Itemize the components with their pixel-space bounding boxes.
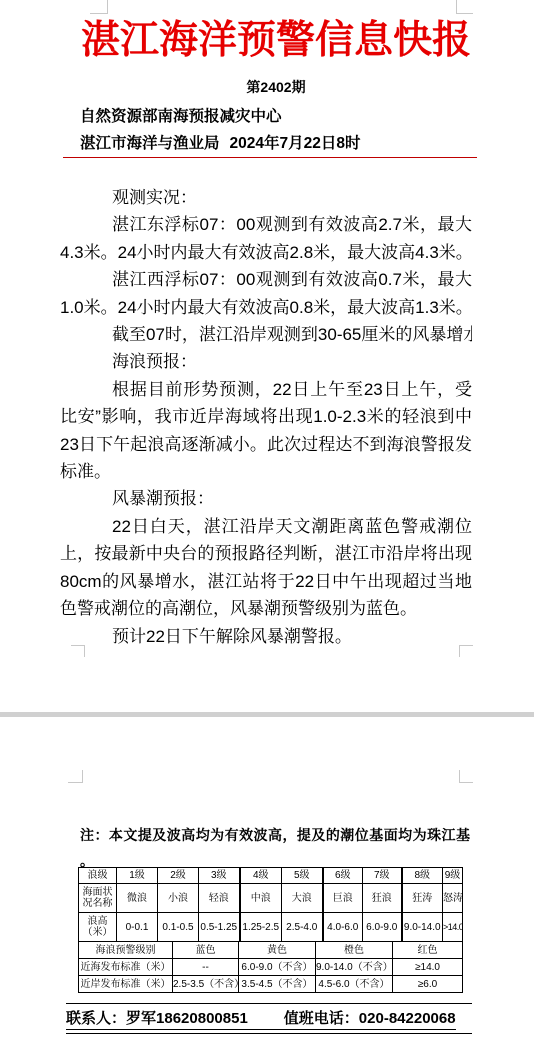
table-cell: 6级: [323, 868, 363, 884]
page2-top-right-margin-mark: [459, 770, 473, 783]
warning-level-blue: 蓝色: [173, 942, 239, 959]
page-separator: [0, 712, 534, 717]
page1-bottom-left-margin-mark: [71, 645, 85, 657]
table-cell: 4级: [240, 868, 282, 884]
contact-label: 联系人：: [66, 1010, 126, 1027]
table-cell: ≥6.0: [393, 976, 463, 993]
table-cell: 7级: [363, 868, 402, 884]
table-cell: 2.5-4.0: [282, 913, 323, 942]
table-cell: 中浪: [240, 884, 282, 913]
warning-level-yellow: 黄色: [239, 942, 316, 959]
table-cell: 9级: [443, 868, 463, 884]
wave-scale-table: 浪级 1级 2级 3级 4级 5级 6级 7级 8级 9级 海面状 况名称 微浪…: [78, 867, 463, 942]
body-line: 23日下午起浪高逐渐减小。此次过程达不到海浪警报发布: [60, 431, 472, 458]
body-line: 色警戒潮位的高潮位，风暴潮预警级别为蓝色。: [60, 595, 472, 622]
section-heading-wave-forecast: 海浪预报：: [60, 348, 472, 375]
body-line: 80cm的风暴增水，湛江站将于22日中午出现超过当地蓝: [60, 568, 472, 595]
row-label: 近岸发布标准（米）: [79, 976, 173, 993]
wave-tables: 浪级 1级 2级 3级 4级 5级 6级 7级 8级 9级 海面状 况名称 微浪…: [78, 867, 462, 993]
duty-phone-value: 020-84220068: [359, 1010, 456, 1027]
body-line: 截至07时，湛江沿岸观测到30-65厘米的风暴增水。: [60, 321, 472, 348]
table-cell: 狂浪: [363, 884, 402, 913]
body-line: 比安”影响，我市近岸海域将出现1.0-2.3米的轻浪到中浪，: [60, 403, 472, 430]
table-cell: 巨浪: [323, 884, 363, 913]
issue-number: 第2402期: [80, 77, 472, 97]
table-cell: 6.0-9.0: [363, 913, 402, 942]
issuing-org-name: 湛江市海洋与渔业局: [80, 135, 220, 152]
warning-level-orange: 橙色: [316, 942, 393, 959]
wave-warning-table: 海浪预警级别 蓝色 黄色 橙色 红色 近海发布标准（米） -- 6.0-9.0（…: [78, 941, 463, 993]
bulletin-title: 湛江海洋预警信息快报: [80, 15, 472, 67]
issuing-org-line2: 湛江市海洋与渔业局2024年7月22日8时: [80, 131, 360, 153]
table-cell: 3.5-4.5（不含）: [239, 976, 316, 993]
document-page: 湛江海洋预警信息快报 第2402期 自然资源部南海预报减灾中心 湛江市海洋与渔业…: [0, 0, 534, 1041]
table-cell: 9.0-14.0: [402, 913, 443, 942]
duty-phone-label: 值班电话：: [284, 1010, 359, 1027]
table-cell: ≥14.0: [393, 959, 463, 976]
table-cell: 4.0-6.0: [323, 913, 363, 942]
table-cell: 8级: [402, 868, 443, 884]
table-cell: 2.5-3.5（不含）: [173, 976, 239, 993]
table-row: 海面状 况名称 微浪 小浪 轻浪 中浪 大浪 巨浪 狂浪 狂涛 怒涛: [79, 884, 463, 913]
body-line: 湛江东浮标07：00观测到有效波高2.7米，最大波高: [60, 211, 472, 238]
table-cell: 微浪: [117, 884, 158, 913]
table-cell: 1.25-2.5: [240, 913, 282, 942]
body-line: 湛江西浮标07：00观测到有效波高0.7米，最大波高: [60, 266, 472, 293]
body-line: 22日白天，湛江沿岸天文潮距离蓝色警戒潮位35cm以: [60, 513, 472, 540]
table-row: 近岸发布标准（米） 2.5-3.5（不含） 3.5-4.5（不含） 4.5-6.…: [79, 976, 463, 993]
bulletin-body: 观测实况： 湛江东浮标07：00观测到有效波高2.7米，最大波高 4.3米。24…: [60, 184, 472, 650]
section-heading-observation: 观测实况：: [60, 184, 472, 211]
page1-top-right-margin-mark: [456, 0, 473, 14]
row-label: 海浪预警级别: [79, 942, 173, 959]
row-label: 浪级: [79, 868, 117, 884]
table-cell: 0.1-0.5: [158, 913, 199, 942]
table-cell: 1级: [117, 868, 158, 884]
body-line: 4.3米。24小时内最大有效波高2.8米，最大波高4.3米。: [60, 239, 472, 266]
table-row: 浪级 1级 2级 3级 4级 5级 6级 7级 8级 9级: [79, 868, 463, 884]
table-cell: 0-0.1: [117, 913, 158, 942]
table-cell: 狂涛: [402, 884, 443, 913]
table-row: 海浪预警级别 蓝色 黄色 橙色 红色: [79, 942, 463, 959]
table-cell: 5级: [282, 868, 323, 884]
table-cell: 3级: [199, 868, 240, 884]
table-cell: 4.5-6.0（不含）: [316, 976, 393, 993]
table-cell: 轻浪: [199, 884, 240, 913]
table-row: 浪高 （米） 0-0.1 0.1-0.5 0.5-1.25 1.25-2.5 2…: [79, 913, 463, 942]
row-label: 海面状 况名称: [79, 884, 117, 913]
contact-bar: 联系人：罗军18620800851 值班电话：020-84220068: [66, 1003, 472, 1034]
body-line: 预计22日下午解除风暴潮警报。: [60, 623, 472, 650]
body-line: 根据目前形势预测，22日上午至23日上午，受台风“派: [60, 376, 472, 403]
warning-level-red: 红色: [393, 942, 463, 959]
body-line: 标准。: [60, 458, 472, 485]
table-cell: 0.5-1.25: [199, 913, 240, 942]
page1-top-left-margin-mark: [90, 0, 108, 14]
table-row: 近海发布标准（米） -- 6.0-9.0（不含） 9.0-14.0（不含） ≥1…: [79, 959, 463, 976]
page2-top-left-margin-mark: [68, 770, 83, 783]
body-line: 上，按最新中央台的预报路径判断，湛江市沿岸将出现30-: [60, 540, 472, 567]
row-label: 近海发布标准（米）: [79, 959, 173, 976]
table-cell: 9.0-14.0（不含）: [316, 959, 393, 976]
table-cell: --: [173, 959, 239, 976]
contact-person: 联系人：罗军18620800851: [66, 1007, 284, 1030]
table-cell: 大浪: [282, 884, 323, 913]
issue-datetime: 2024年7月22日8时: [230, 135, 361, 152]
page1-bottom-right-margin-mark: [459, 645, 473, 657]
section-heading-storm-surge-forecast: 风暴潮预报：: [60, 485, 472, 512]
row-label: 浪高 （米）: [79, 913, 117, 942]
table-cell: 怒涛: [443, 884, 463, 913]
duty-phone: 值班电话：020-84220068: [284, 1007, 456, 1030]
issuing-org-line1: 自然资源部南海预报减灾中心: [80, 104, 282, 126]
contact-value: 罗军18620800851: [126, 1010, 248, 1027]
footnote-line: 注：本文提及波高均为有效波高，提及的潮位基面均为珠江基面: [80, 822, 470, 848]
table-cell: 2级: [158, 868, 199, 884]
header-red-rule: [63, 157, 477, 158]
table-cell: 小浪: [158, 884, 199, 913]
body-line: 1.0米。24小时内最大有效波高0.8米，最大波高1.3米。: [60, 294, 472, 321]
table-cell: >14.0: [443, 913, 463, 942]
table-cell: 6.0-9.0（不含）: [239, 959, 316, 976]
